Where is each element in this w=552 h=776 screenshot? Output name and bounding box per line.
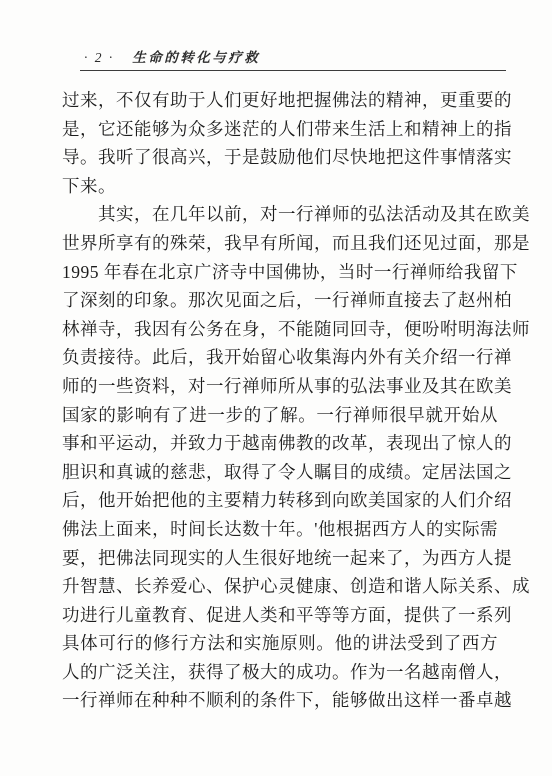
text-line: 升智慧、长养爱心、保护心灵健康、创造和谐人际关系、成 [62,572,498,601]
text-line: 了深刻的印象。那次见面之后，一行禅师直接去了赵州柏 [62,286,498,315]
text-line: 负责接待。此后，我开始留心收集海内外有关介绍一行禅 [62,343,498,372]
book-title: 生命的转化与疗救 [132,46,260,66]
body-text: 过来，不仅有助于人们更好地把握佛法的精神，更重要的是，它还能够为众多迷茫的人们带… [62,86,498,715]
text-line: 1995 年春在北京广济寺中国佛协，当时一行禅师给我留下 [62,258,498,287]
text-line: 其实，在几年以前，对一行禅师的弘法活动及其在欧美 [62,200,498,229]
text-line: 要，把佛法同现实的人生很好地统一起来了，为西方人提 [62,544,498,573]
text-line: 后，他开始把他的主要精力转移到向欧美国家的人们介绍 [62,486,498,515]
text-line: 师的一些资料，对一行禅师所从事的弘法事业及其在欧美 [62,372,498,401]
header-rule [80,70,506,71]
text-line: 国家的影响有了进一步的了解。一行禅师很早就开始从 [62,401,498,430]
text-line: 人的广泛关注，获得了极大的成功。作为一名越南僧人， [62,658,498,687]
page-number: · 2 · [84,50,114,66]
text-line: 一行禅师在种种不顺利的条件下，能够做出这样一番卓越 [62,686,498,715]
text-line: 下来。 [62,172,498,201]
text-line: 林禅寺，我因有公务在身，不能随同回寺，便吩咐明海法师 [62,315,498,344]
text-line: 世界所享有的殊荣，我早有所闻，而且我们还见过面，那是 [62,229,498,258]
text-line: 事和平运动，并致力于越南佛教的改革，表现出了惊人的 [62,429,498,458]
text-line: 具体可行的修行方法和实施原则。他的讲法受到了西方 [62,629,498,658]
scanned-book-page: · 2 · 生命的转化与疗救 过来，不仅有助于人们更好地把握佛法的精神，更重要的… [0,0,552,776]
text-line: 功进行儿童教育、促进人类和平等等方面，提供了一系列 [62,601,498,630]
text-line: 是，它还能够为众多迷茫的人们带来生活上和精神上的指 [62,115,498,144]
text-line: 佛法上面来，时间长达数十年。'他根据西方人的实际需 [62,515,498,544]
text-line: 过来，不仅有助于人们更好地把握佛法的精神，更重要的 [62,86,498,115]
running-header: · 2 · 生命的转化与疗救 [84,46,508,66]
text-line: 导。我听了很高兴，于是鼓励他们尽快地把这件事情落实 [62,143,498,172]
text-line: 胆识和真诚的慈悲，取得了令人瞩目的成绩。定居法国之 [62,458,498,487]
